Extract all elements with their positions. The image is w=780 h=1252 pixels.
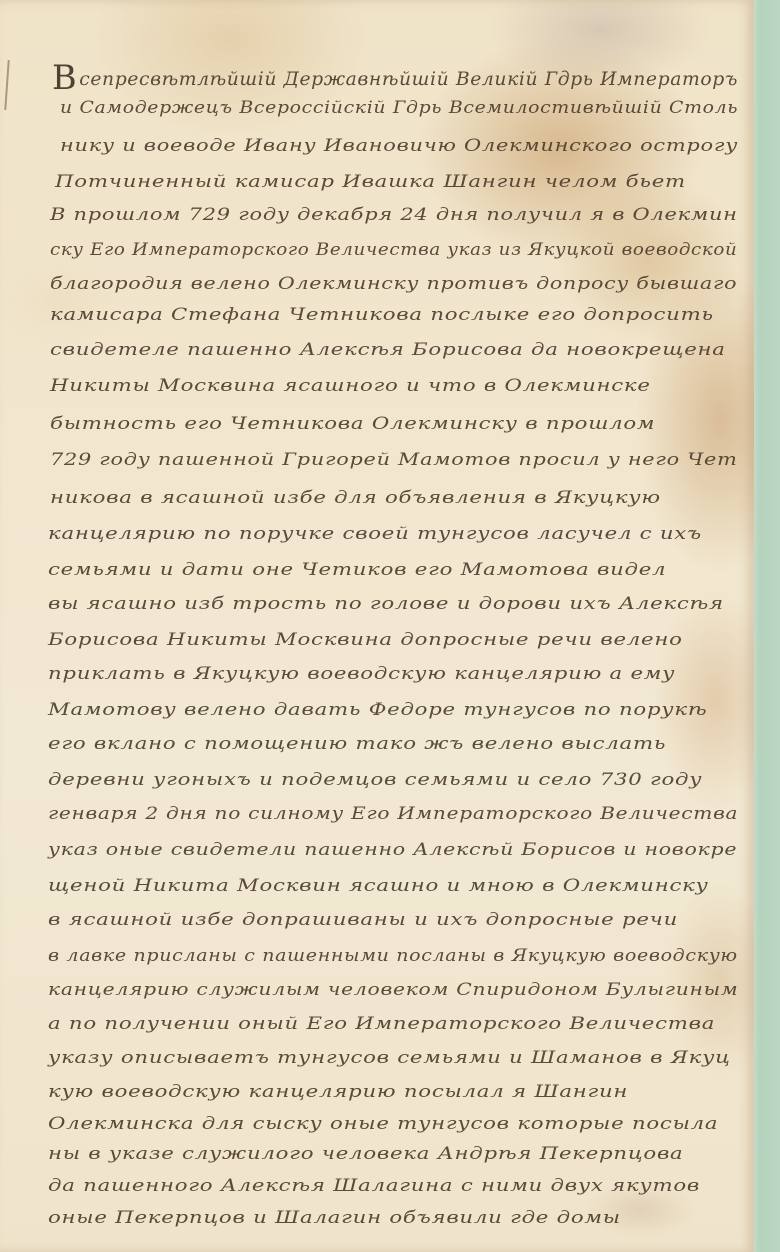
manuscript-line-4: Потчиненный камисар Ивашка Шангин челом …	[55, 172, 686, 192]
manuscript-line-6: ску Его Императорского Величества указ и…	[50, 240, 737, 260]
manuscript-line-17: Борисова Никиты Москвина допросные речи …	[48, 630, 683, 650]
manuscript-line-27: канцелярию служилым человеком Спиридоном…	[48, 980, 738, 1000]
manuscript-line-15: семьями и дати оне Четиков его Мамотова …	[48, 560, 666, 580]
manuscript-line-14: канцелярию по поручке своей тунгусов лас…	[48, 524, 702, 544]
manuscript-line-26: в лавке присланы с пашенными посланы в Я…	[48, 946, 738, 966]
manuscript-line-28: а по получении оный Его Императорского В…	[48, 1014, 715, 1034]
manuscript-line-1: Всепресвѣтлѣйшій Державнѣйшій Великій Гд…	[52, 58, 738, 98]
manuscript-line-31: Олекминска для сыску оные тунгусов котор…	[48, 1114, 718, 1134]
manuscript-line-18: приклать в Якуцкую воеводскую канцелярию…	[48, 664, 675, 684]
manuscript-line-19: Мамотову велено давать Федоре тунгусов п…	[48, 700, 707, 720]
manuscript-line-3: нику и воеводе Ивану Ивановичю Олекминск…	[60, 136, 738, 156]
manuscript-line-24: щеной Никита Москвин ясашно и мною в Оле…	[48, 876, 709, 896]
manuscript-line-10: Никиты Москвина ясашного и что в Олекмин…	[50, 376, 651, 396]
manuscript-line-12: 729 году пашенной Григорей Мамотов проси…	[50, 450, 738, 470]
drop-cap: В	[52, 58, 77, 98]
manuscript-line-5: В прошлом 729 году декабря 24 дня получи…	[50, 205, 738, 225]
manuscript-line-23: указ оные свидетели пашенно Алексѣй Бори…	[48, 840, 737, 860]
manuscript-line-16: вы ясашно изб трость по голове и дорови …	[48, 594, 724, 614]
manuscript-line-22: генваря 2 дня по силному Его Императорск…	[48, 804, 738, 824]
manuscript-line-32: ны в указе служилого человека Андрѣя Пек…	[48, 1144, 683, 1164]
manuscript-line-7: благородия велено Олекминску противъ доп…	[50, 274, 737, 294]
manuscript-text: Всепресвѣтлѣйшій Державнѣйшій Великій Гд…	[0, 0, 754, 1252]
manuscript-line-20: его вклано с помощению тако жъ велено вы…	[48, 734, 666, 754]
manuscript-line-8: камисара Стефана Четникова послыке его д…	[50, 305, 714, 325]
manuscript-line-29: указу описываетъ тунгусов семьями и Шама…	[48, 1048, 731, 1068]
manuscript-line-21: деревни угоныхъ и подемцов семьями и сел…	[48, 770, 702, 790]
line-text: сепресвѣтлѣйшій Державнѣйшій Великій Гдр…	[79, 68, 738, 90]
manuscript-line-9: свидетеле пашенно Алексѣя Борисова да но…	[50, 340, 726, 360]
manuscript-line-30: кую воеводскую канцелярию посылал я Шанг…	[48, 1082, 628, 1102]
manuscript-line-13: никова в ясашной избе для объявления в Я…	[50, 488, 661, 508]
manuscript-line-34: оные Пекерпцов и Шалагин объявили где до…	[48, 1208, 621, 1228]
manuscript-line-33: да пашенного Алексѣя Шалагина с ними дву…	[48, 1176, 700, 1196]
document-scan: Всепресвѣтлѣйшій Державнѣйшій Великій Гд…	[0, 0, 780, 1252]
manuscript-line-2: и Самодержецъ Всероссійскій Гдрь Всемило…	[60, 98, 738, 118]
manuscript-line-25: в ясашной избе допрашиваны и ихъ допросн…	[48, 910, 678, 930]
manuscript-line-11: бытность его Четникова Олекминску в прош…	[50, 414, 655, 434]
